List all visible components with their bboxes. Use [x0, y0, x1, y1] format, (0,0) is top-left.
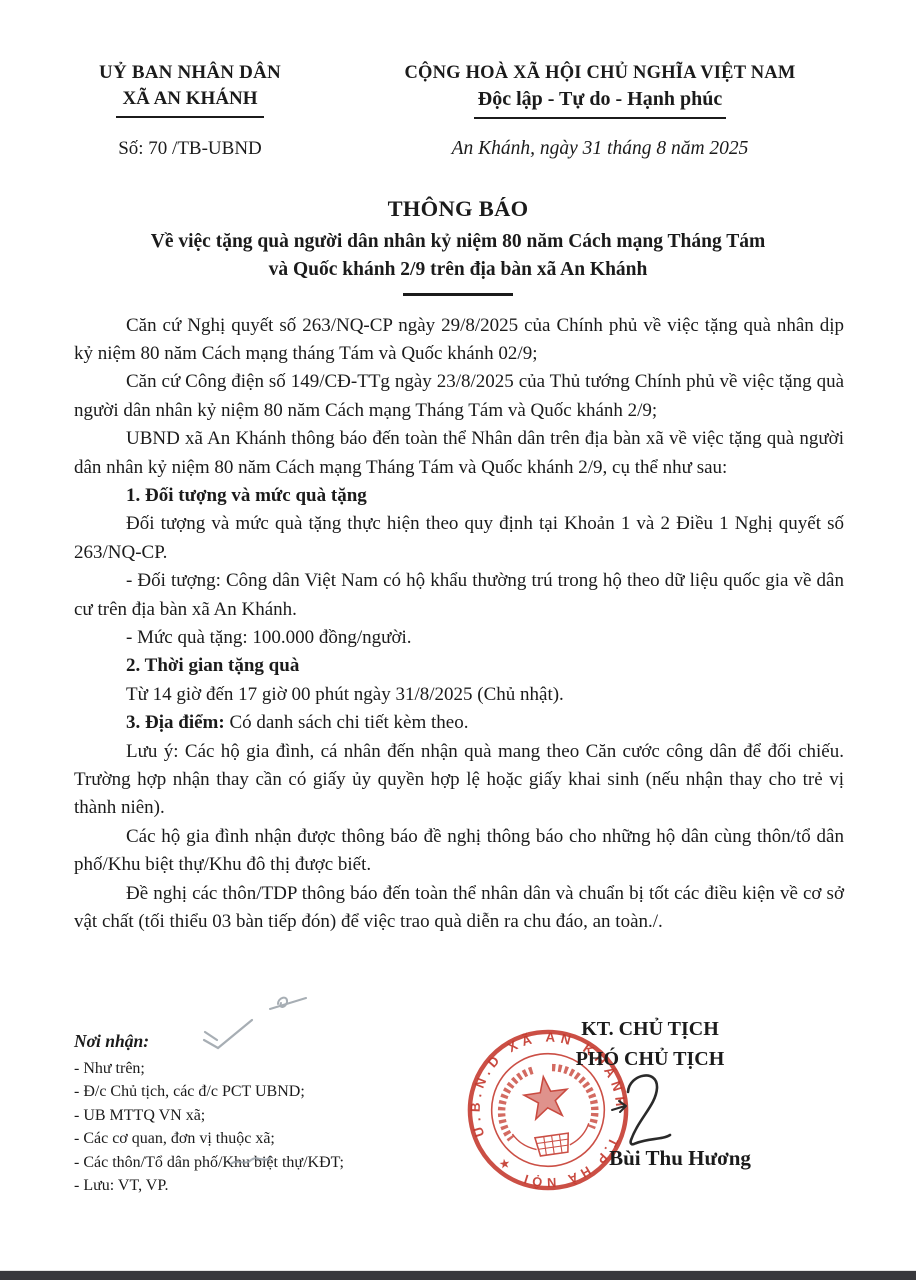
national-motto-block: CỘNG HOÀ XÃ HỘI CHỦ NGHĨA VIỆT NAM Độc l…: [330, 60, 916, 160]
section-heading-3: 3. Địa điểm:: [126, 712, 225, 733]
pencil-checkmark-recipients: [200, 1016, 256, 1052]
recipient-item: - Đ/c Chủ tịch, các đ/c PCT UBND;: [74, 1080, 344, 1104]
paragraph-announcement: UBND xã An Khánh thông báo đến toàn thể …: [74, 425, 844, 482]
org-name: XÃ AN KHÁNH: [116, 86, 263, 118]
recipient-item: - Các thôn/Tổ dân phố/Khu biệt thự/KĐT;: [74, 1151, 344, 1175]
title-divider-rule: [403, 293, 513, 296]
signature-block: U.B.N.D XÃ AN KHÁNH T.P HÀ NỘI ★ KT. CHỦ…: [440, 1016, 860, 1231]
org-parent-name: UỶ BAN NHÂN DÂN: [50, 60, 330, 86]
section-heading-2: 2. Thời gian tặng quà: [74, 652, 844, 680]
section-heading-3-line: 3. Địa điểm: Có danh sách chi tiết kèm t…: [74, 709, 844, 737]
country-name: CỘNG HOÀ XÃ HỘI CHỦ NGHĨA VIỆT NAM: [330, 60, 870, 86]
recipients-block: Nơi nhận: - Như trên; - Đ/c Chủ tịch, cá…: [74, 1030, 344, 1198]
paragraph-legal-basis-1: Căn cứ Nghị quyết số 263/NQ-CP ngày 29/8…: [74, 312, 844, 369]
paragraph-note: Lưu ý: Các hộ gia đình, cá nhân đến nhận…: [74, 738, 844, 823]
place-dateline: An Khánh, ngày 31 tháng 8 năm 2025: [330, 138, 870, 160]
national-motto: Độc lập - Tự do - Hạnh phúc: [474, 86, 726, 119]
pencil-mark-after-body: [268, 990, 310, 1014]
signer-role-line1: KT. CHỦ TỊCH: [440, 1016, 860, 1043]
document-page: UỶ BAN NHÂN DÂN XÃ AN KHÁNH Số: 70 /TB-U…: [0, 0, 916, 1280]
recipient-item: - UB MTTQ VN xã;: [74, 1104, 344, 1128]
paragraph-preparation: Đề nghị các thôn/TDP thông báo đến toàn …: [74, 880, 844, 937]
document-title-block: THÔNG BÁO Về việc tặng quà người dân nhâ…: [0, 194, 916, 296]
document-number: Số: 70 /TB-UBND: [50, 138, 330, 160]
paragraph-legal-basis-2: Căn cứ Công điện số 149/CĐ-TTg ngày 23/8…: [74, 368, 844, 425]
issuing-authority-block: UỶ BAN NHÂN DÂN XÃ AN KHÁNH Số: 70 /TB-U…: [0, 60, 330, 160]
subject-line-1: Về việc tặng quà người dân nhân kỷ niệm …: [151, 231, 766, 252]
paragraph-gift-amount: - Mức quà tặng: 100.000 đồng/người.: [74, 624, 844, 652]
paragraph-eligibility: - Đối tượng: Công dân Việt Nam có hộ khẩ…: [74, 567, 844, 624]
paragraph-inform-others: Các hộ gia đình nhận được thông báo đề n…: [74, 823, 844, 880]
section-heading-1: 1. Đối tượng và mức quà tặng: [74, 482, 844, 510]
paragraph-regulation: Đối tượng và mức quà tặng thực hiện theo…: [74, 510, 844, 567]
document-subject: Về việc tặng quà người dân nhân kỷ niệm …: [0, 228, 916, 284]
recipient-item: - Các cơ quan, đơn vị thuộc xã;: [74, 1127, 344, 1151]
document-body: Căn cứ Nghị quyết số 263/NQ-CP ngày 29/8…: [74, 312, 844, 937]
recipient-item: - Như trên;: [74, 1057, 344, 1081]
scan-bottom-edge-bar: [0, 1270, 916, 1280]
document-type-title: THÔNG BÁO: [0, 194, 916, 224]
subject-line-2: và Quốc khánh 2/9 trên địa bàn xã An Khá…: [269, 259, 648, 280]
handwritten-signature: [608, 1064, 686, 1164]
recipient-item: - Lưu: VT, VP.: [74, 1174, 344, 1198]
pencil-mark-after-luu: [228, 1152, 272, 1172]
paragraph-time: Từ 14 giờ đến 17 giờ 00 phút ngày 31/8/2…: [74, 681, 844, 709]
document-header: UỶ BAN NHÂN DÂN XÃ AN KHÁNH Số: 70 /TB-U…: [0, 0, 916, 160]
stamp-star-emblem: [522, 1074, 571, 1121]
section-heading-3-rest: Có danh sách chi tiết kèm theo.: [225, 712, 469, 733]
